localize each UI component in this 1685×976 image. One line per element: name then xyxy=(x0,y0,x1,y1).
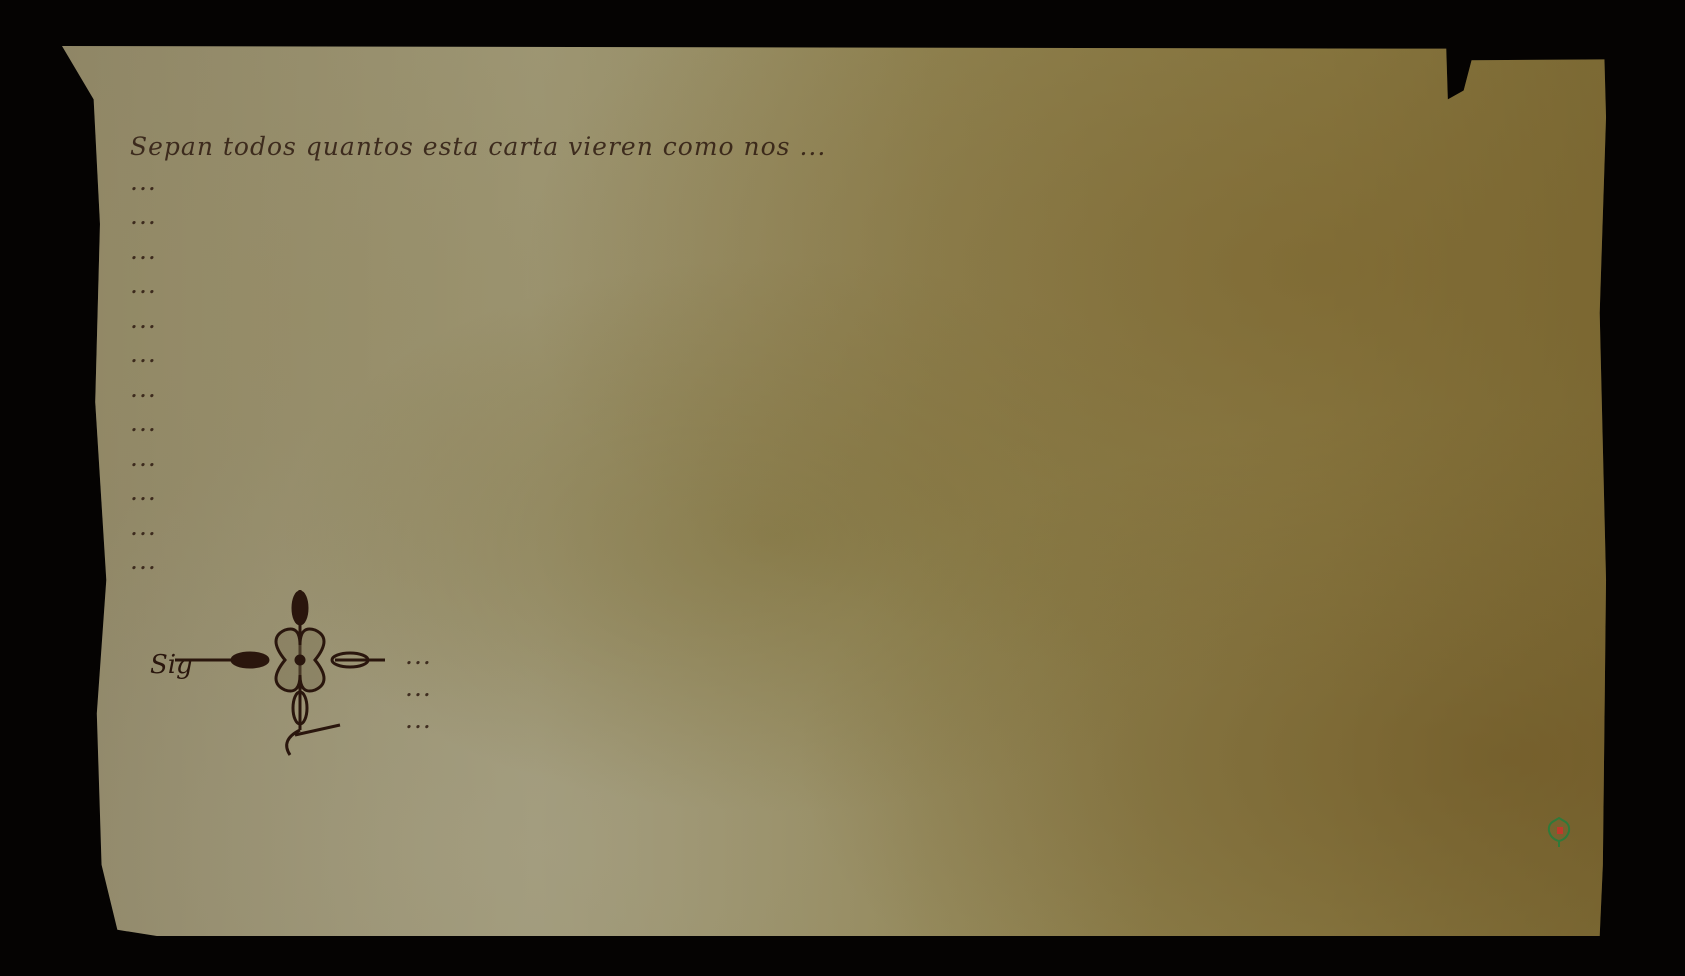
text-line: ... xyxy=(130,337,1550,372)
text-line: ... xyxy=(130,544,1550,579)
text-line: ... xyxy=(130,406,1550,441)
notarial-subscription: ... ... ... xyxy=(405,640,1485,736)
text-line: ... xyxy=(130,475,1550,510)
archive-seal-icon xyxy=(1545,815,1573,849)
text-line: ... xyxy=(130,372,1550,407)
text-line: ... xyxy=(130,441,1550,476)
text-line: ... xyxy=(130,234,1550,269)
text-line: ... xyxy=(130,303,1550,338)
text-line: ... xyxy=(130,268,1550,303)
text-line: ... xyxy=(130,165,1550,200)
text-line: ... xyxy=(130,199,1550,234)
text-line: Sepan todos quantos esta carta vieren co… xyxy=(130,130,1550,165)
text-line: ... xyxy=(130,510,1550,545)
text-line: ... xyxy=(405,640,1485,672)
document-body-text: Sepan todos quantos esta carta vieren co… xyxy=(130,130,1550,579)
text-line: ... xyxy=(405,672,1485,704)
text-line: ... xyxy=(405,704,1485,736)
signum-label: Sig xyxy=(150,650,193,680)
